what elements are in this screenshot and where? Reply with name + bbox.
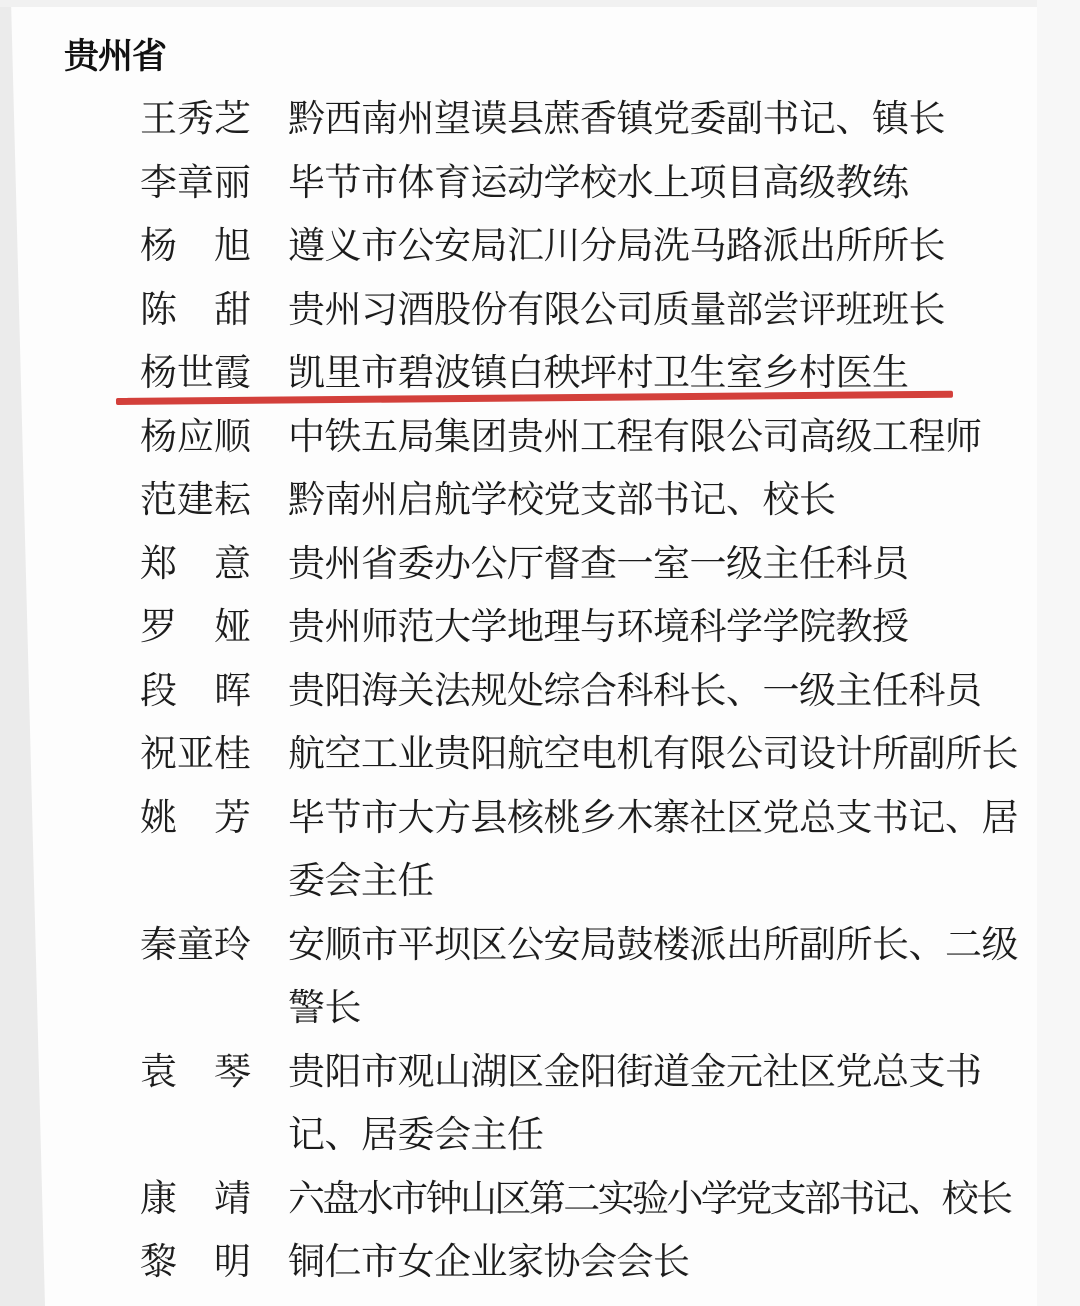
scan-edge-top [0, 0, 1038, 7]
list-item: 陈 甜 贵州习酒股份有限公司质量部尝评班班长 [140, 279, 1060, 343]
list-item: 罗 娅 贵州师范大学地理与环境科学学院教授 [140, 596, 1060, 660]
person-name: 杨 旭 [140, 215, 252, 279]
person-title: 航空工业贵阳航空电机有限公司设计所副所长 [288, 723, 1018, 787]
list-item: 姚 芳 毕节市大方县核桃乡木寨社区党总支书记、居 委会主任 [140, 787, 1060, 914]
person-title: 遵义市公安局汇川分局洗马路派出所所长 [288, 215, 945, 279]
person-title: 安顺市平坝区公安局鼓楼派出所副所长、二级 警长 [288, 914, 1018, 1041]
list-item: 范建耘 黔南州启航学校党支部书记、校长 [140, 469, 1060, 533]
list-item: 黎 明 铜仁市女企业家协会会长 [140, 1231, 1060, 1295]
document-page: 贵州省 王秀芝 黔西南州望谟县蔗香镇党委副书记、镇长 李章丽 毕节市体育运动学校… [0, 0, 1080, 1306]
person-title: 毕节市大方县核桃乡木寨社区党总支书记、居 委会主任 [288, 787, 1018, 914]
person-name: 郑 意 [140, 533, 252, 597]
list-item: 王秀芝 黔西南州望谟县蔗香镇党委副书记、镇长 [140, 88, 1060, 152]
person-name: 黎 明 [140, 1231, 252, 1295]
person-name: 秦童玲 [140, 914, 252, 978]
person-title: 黔西南州望谟县蔗香镇党委副书记、镇长 [288, 88, 945, 152]
person-name: 袁 琴 [140, 1041, 252, 1105]
scan-edge-left [0, 0, 46, 1306]
person-title: 贵州习酒股份有限公司质量部尝评班班长 [288, 279, 945, 343]
person-name: 段 晖 [140, 660, 252, 724]
person-title: 贵阳市观山湖区金阳街道金元社区党总支书 记、居委会主任 [288, 1041, 982, 1168]
recipient-list: 王秀芝 黔西南州望谟县蔗香镇党委副书记、镇长 李章丽 毕节市体育运动学校水上项目… [140, 88, 1060, 1295]
person-title: 六盘水市钟山区第二实验小学党支部书记、校长 [288, 1168, 1010, 1232]
person-title: 贵州师范大学地理与环境科学学院教授 [288, 596, 909, 660]
person-title: 中铁五局集团贵州工程有限公司高级工程师 [288, 406, 982, 470]
list-item: 祝亚桂 航空工业贵阳航空电机有限公司设计所副所长 [140, 723, 1060, 787]
list-item: 郑 意 贵州省委办公厅督查一室一级主任科员 [140, 533, 1060, 597]
person-name: 王秀芝 [140, 88, 252, 152]
person-name: 康 靖 [140, 1168, 252, 1232]
person-name: 李章丽 [140, 152, 252, 216]
person-title: 贵州省委办公厅督查一室一级主任科员 [288, 533, 909, 597]
list-item: 段 晖 贵阳海关法规处综合科科长、一级主任科员 [140, 660, 1060, 724]
province-heading: 贵州省 [64, 29, 166, 79]
person-name: 陈 甜 [140, 279, 252, 343]
list-item: 李章丽 毕节市体育运动学校水上项目高级教练 [140, 152, 1060, 216]
list-item: 秦童玲 安顺市平坝区公安局鼓楼派出所副所长、二级 警长 [140, 914, 1060, 1041]
person-title: 黔南州启航学校党支部书记、校长 [288, 469, 836, 533]
person-name: 姚 芳 [140, 787, 252, 851]
person-title: 毕节市体育运动学校水上项目高级教练 [288, 152, 909, 216]
person-title: 贵阳海关法规处综合科科长、一级主任科员 [288, 660, 982, 724]
person-name: 杨应顺 [140, 406, 252, 470]
person-name: 范建耘 [140, 469, 252, 533]
list-item: 康 靖 六盘水市钟山区第二实验小学党支部书记、校长 [140, 1168, 1060, 1232]
list-item: 杨 旭 遵义市公安局汇川分局洗马路派出所所长 [140, 215, 1060, 279]
person-title: 铜仁市女企业家协会会长 [288, 1231, 690, 1295]
list-item: 杨应顺 中铁五局集团贵州工程有限公司高级工程师 [140, 406, 1060, 470]
person-name: 罗 娅 [140, 596, 252, 660]
person-name: 祝亚桂 [140, 723, 252, 787]
list-item: 袁 琴 贵阳市观山湖区金阳街道金元社区党总支书 记、居委会主任 [140, 1041, 1060, 1168]
